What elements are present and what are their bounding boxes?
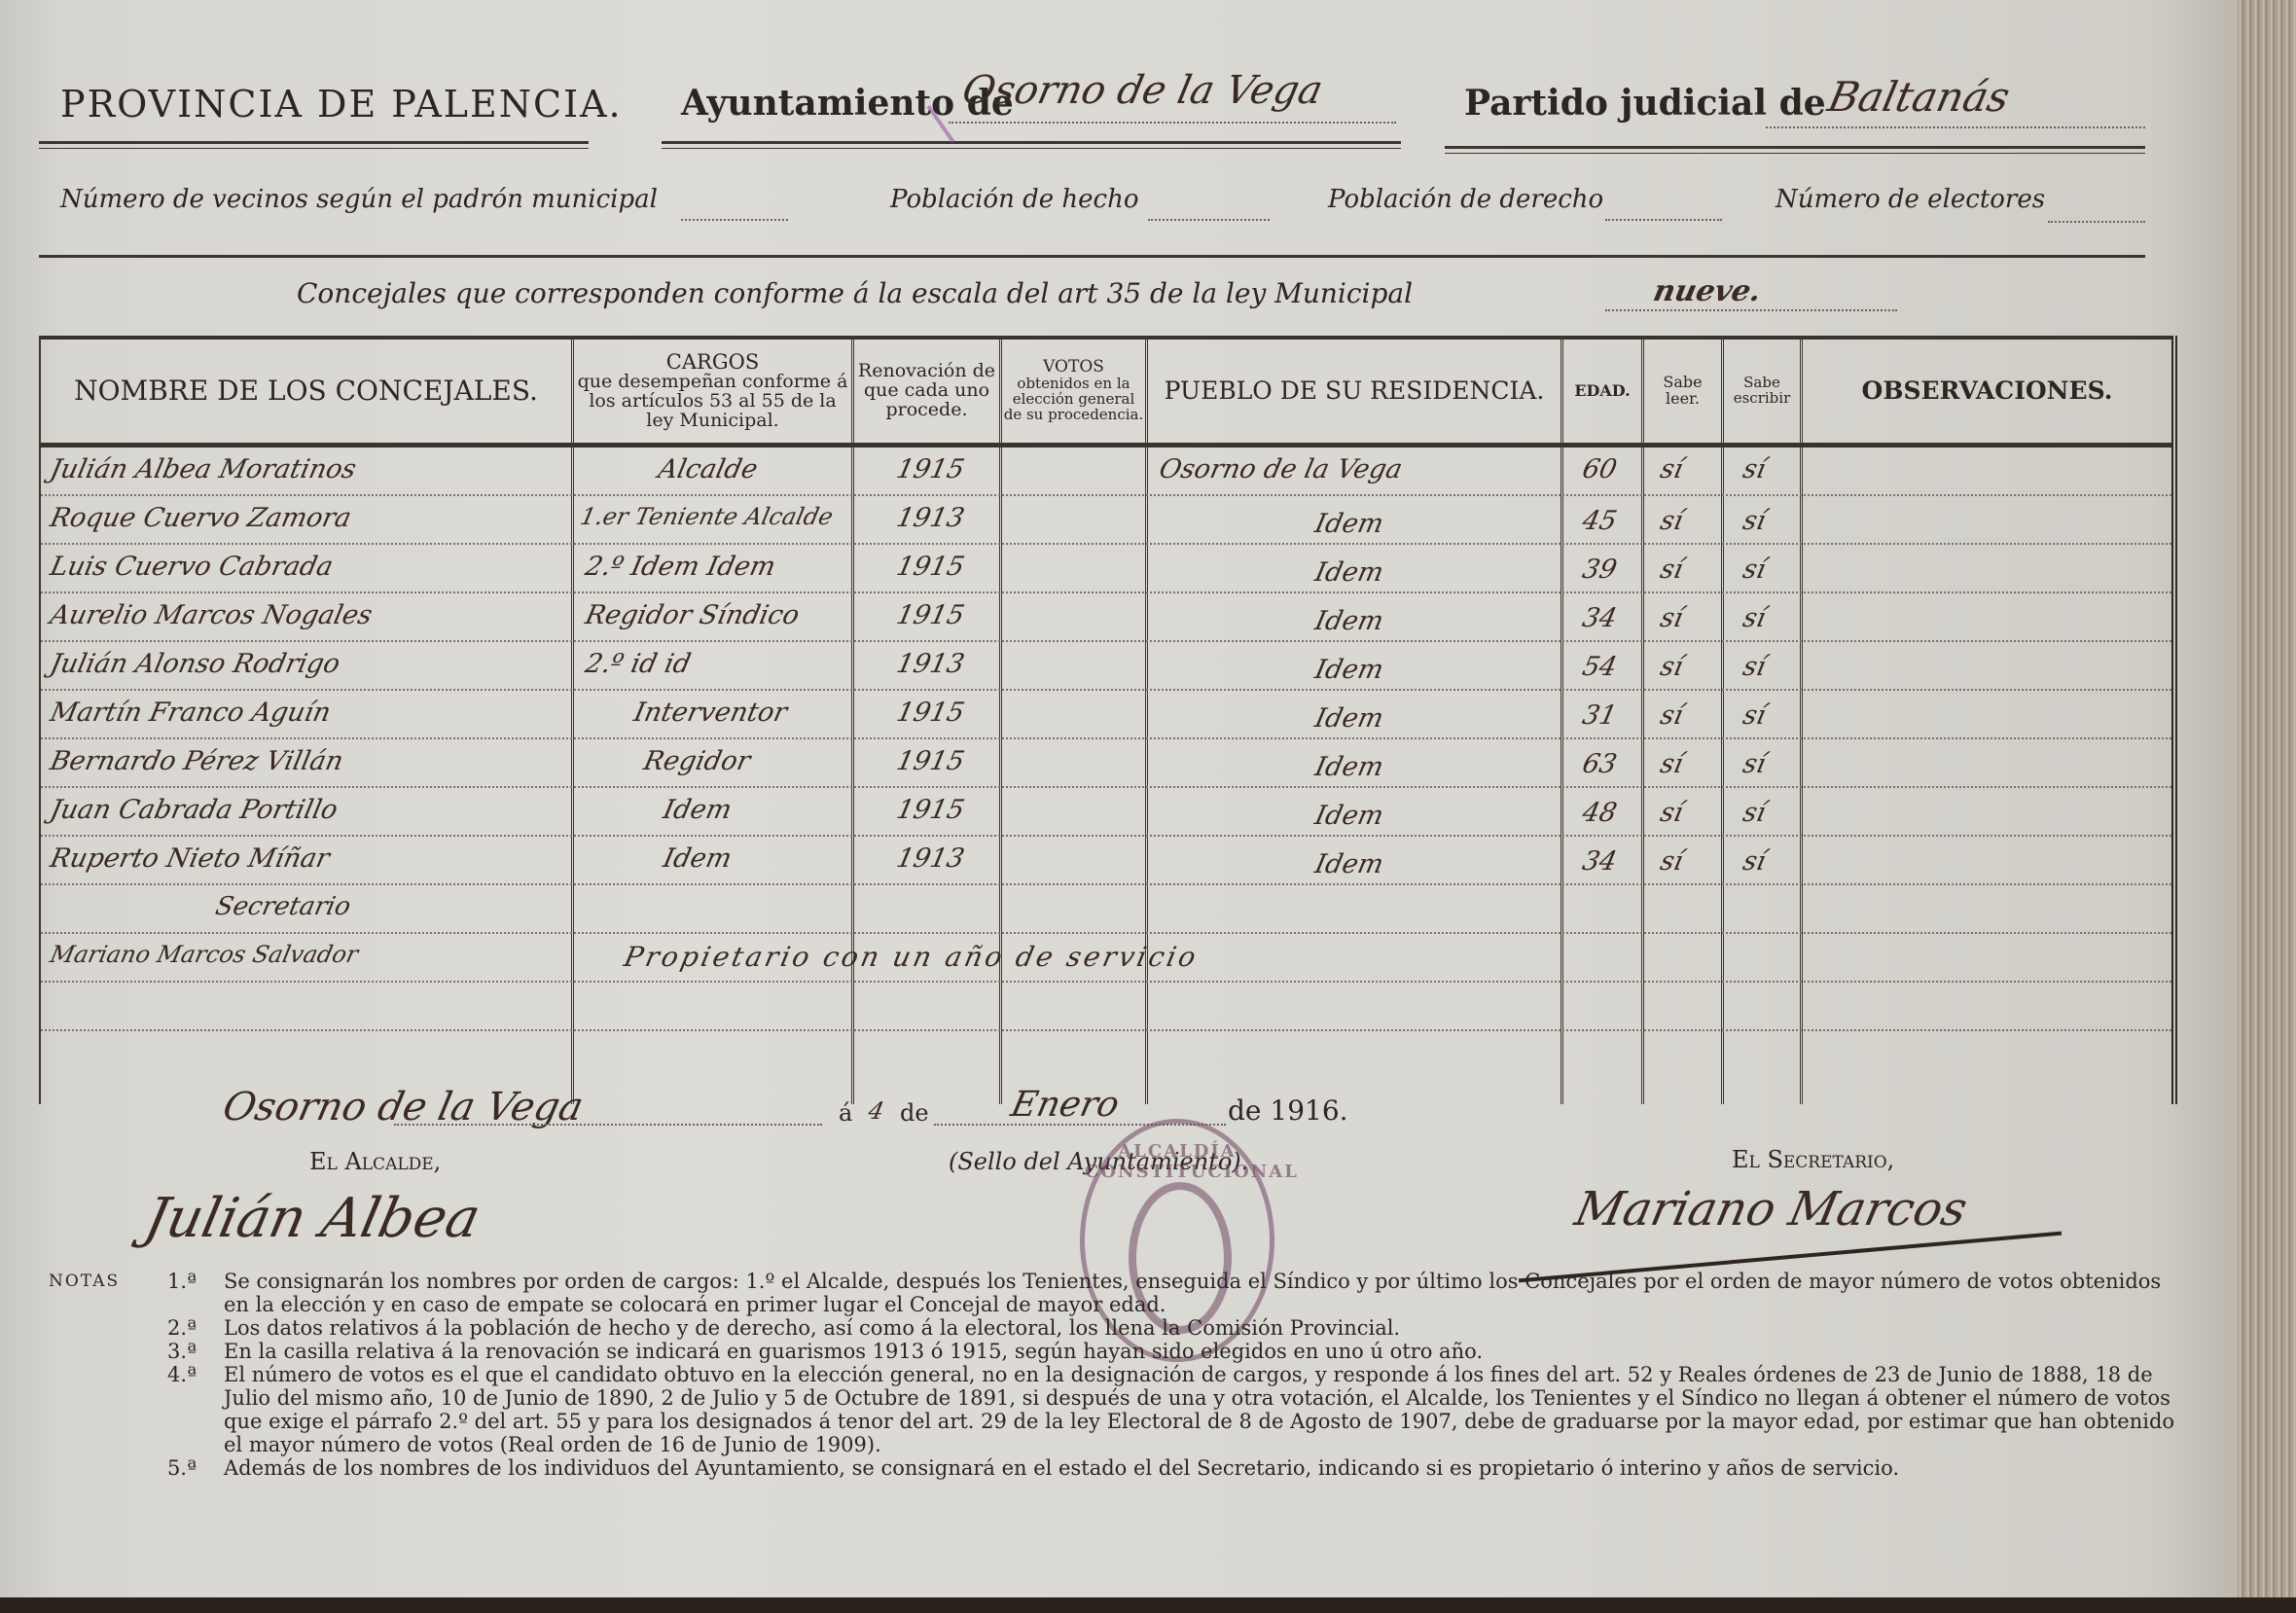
cell-edad: 39 bbox=[1580, 555, 1620, 585]
electores-field[interactable] bbox=[2048, 221, 2145, 223]
cell-cargo: Regidor bbox=[641, 746, 753, 776]
cell-edad: 31 bbox=[1580, 700, 1620, 731]
col-header-edad: EDAD. bbox=[1563, 340, 1641, 443]
cell-nombre: Julián Albea Moratinos bbox=[48, 454, 359, 484]
cell-cargo: Interventor bbox=[631, 698, 790, 728]
col-header-observaciones: OBSERVACIONES. bbox=[1803, 340, 2171, 443]
cell-renovacion: 1915 bbox=[894, 600, 967, 630]
col-header-renovacion: Renovación de que cada uno procede. bbox=[854, 340, 999, 443]
cell-edad: 34 bbox=[1580, 846, 1620, 877]
partido-value: Baltanás bbox=[1824, 73, 2014, 121]
cell-leer: sí bbox=[1658, 798, 1686, 828]
cell-cargo: Alcalde bbox=[656, 454, 761, 484]
cell-escribir: sí bbox=[1740, 652, 1769, 682]
concejales-table: NOMBRE DE LOS CONCEJALES. CARGOS que des… bbox=[39, 336, 2177, 1104]
derecho-label: Población de derecho bbox=[1328, 185, 1603, 214]
cell-edad: 48 bbox=[1580, 798, 1620, 828]
cell-leer: sí bbox=[1658, 700, 1686, 731]
cell-escribir: sí bbox=[1740, 798, 1769, 828]
cell-leer: sí bbox=[1658, 652, 1686, 682]
document-page: PROVINCIA DE PALENCIA. Ayuntamiento de O… bbox=[0, 0, 2238, 1613]
cell-pueblo: Idem bbox=[1312, 703, 1386, 734]
cell-cargo: 2.º Idem Idem bbox=[583, 552, 778, 582]
cell-cargo: Idem bbox=[661, 843, 735, 874]
cell-escribir: sí bbox=[1740, 749, 1769, 779]
col-header-votos: VOTOS obtenidos en la elección general d… bbox=[1002, 340, 1145, 443]
cell-edad: 34 bbox=[1580, 603, 1620, 633]
ayuntamiento-value: Osorno de la Vega bbox=[958, 68, 1327, 113]
cell-leer: sí bbox=[1658, 749, 1686, 779]
cell-pueblo: Idem bbox=[1312, 606, 1386, 636]
cell-renovacion: 1915 bbox=[894, 552, 967, 582]
hecho-label: Población de hecho bbox=[890, 185, 1138, 214]
hecho-field[interactable] bbox=[1148, 219, 1270, 221]
cell-renovacion: 1913 bbox=[894, 649, 967, 679]
alcalde-label: El Alcalde, bbox=[309, 1148, 441, 1175]
ayuntamiento-field-line bbox=[949, 122, 1396, 124]
divider bbox=[39, 141, 589, 149]
concejales-value: nueve. bbox=[1650, 274, 1764, 308]
cell-edad: 45 bbox=[1580, 506, 1620, 536]
book-page-edges bbox=[2238, 0, 2296, 1613]
cell-cargo: 1.er Teniente Alcalde bbox=[578, 503, 836, 530]
cell-leer: sí bbox=[1658, 603, 1686, 633]
cell-nombre: Mariano Marcos Salvador bbox=[48, 941, 361, 968]
note-item: NOTAS 1.ª Se consignarán los nombres por… bbox=[49, 1270, 2189, 1316]
notes-section: NOTAS 1.ª Se consignarán los nombres por… bbox=[49, 1270, 2189, 1480]
cell-renovacion: 1915 bbox=[894, 795, 967, 825]
cell-nombre: Juan Cabrada Portillo bbox=[48, 795, 341, 825]
cell-renovacion: 1913 bbox=[894, 503, 967, 533]
concejales-label: Concejales que corresponden conforme á l… bbox=[297, 277, 1413, 309]
cell-pueblo: Osorno de la Vega bbox=[1157, 454, 1406, 484]
note-item: 4.ª El número de votos es el que el cand… bbox=[49, 1363, 2189, 1456]
cell-cargo: 2.º id id bbox=[583, 649, 694, 679]
cell-pueblo: Idem bbox=[1312, 752, 1386, 782]
notes-label: NOTAS bbox=[49, 1270, 120, 1293]
vecinos-field[interactable] bbox=[681, 219, 788, 221]
cell-pueblo: Idem bbox=[1312, 557, 1386, 588]
partido-field-line bbox=[1766, 126, 2145, 128]
cell-edad: 54 bbox=[1580, 652, 1620, 682]
cell-renovacion: 1913 bbox=[894, 843, 967, 874]
electores-label: Número de electores bbox=[1776, 185, 2045, 214]
alcalde-signature: Julián Albea bbox=[139, 1187, 485, 1250]
cell-edad: 63 bbox=[1580, 749, 1620, 779]
cell-escribir: sí bbox=[1740, 555, 1769, 585]
cell-nombre: Roque Cuervo Zamora bbox=[48, 503, 354, 533]
concejales-field-line bbox=[1605, 309, 1897, 311]
note-item: 2.ª Los datos relativos á la población d… bbox=[49, 1316, 2189, 1340]
cell-escribir: sí bbox=[1740, 603, 1769, 633]
cell-nombre: Aurelio Marcos Nogales bbox=[48, 600, 376, 630]
divider bbox=[1445, 146, 2145, 154]
derecho-field[interactable] bbox=[1605, 219, 1722, 221]
province-title: PROVINCIA DE PALENCIA. bbox=[60, 83, 623, 125]
cell-nombre: Luis Cuervo Cabrada bbox=[48, 552, 336, 582]
vecinos-label: Número de vecinos según el padrón munici… bbox=[60, 185, 658, 214]
cell-leer: sí bbox=[1658, 454, 1686, 484]
col-header-leer: Sabe leer. bbox=[1644, 340, 1721, 443]
divider bbox=[39, 255, 2145, 258]
divider bbox=[662, 141, 1401, 149]
cell-escribir: sí bbox=[1740, 454, 1769, 484]
secretario-label: El Secretario, bbox=[1732, 1146, 1894, 1173]
secretario-heading: Secretario bbox=[213, 892, 353, 921]
cell-renovacion: 1915 bbox=[894, 698, 967, 728]
partido-label: Partido judicial de bbox=[1464, 83, 1826, 124]
cell-leer: sí bbox=[1658, 555, 1686, 585]
cell-edad: 60 bbox=[1580, 454, 1620, 484]
cell-pueblo: Idem bbox=[1312, 801, 1386, 831]
footer-de: de bbox=[900, 1099, 929, 1127]
cell-renovacion: 1915 bbox=[894, 454, 967, 484]
cell-cargo: Idem bbox=[661, 795, 735, 825]
cell-nombre: Bernardo Pérez Villán bbox=[48, 746, 346, 776]
footer-year: de 1916. bbox=[1228, 1094, 1348, 1127]
cell-leer: sí bbox=[1658, 846, 1686, 877]
cell-escribir: sí bbox=[1740, 506, 1769, 536]
footer-month: Enero bbox=[1008, 1085, 1123, 1125]
cell-leer: sí bbox=[1658, 506, 1686, 536]
cell-pueblo: Idem bbox=[1312, 509, 1386, 539]
cell-cargo: Regidor Síndico bbox=[583, 600, 803, 630]
cell-nombre: Ruperto Nieto Míñar bbox=[48, 843, 333, 874]
footer-a: á bbox=[839, 1099, 852, 1127]
col-header-escribir: Sabe escribir bbox=[1724, 340, 1800, 443]
cell-nombre: Martín Franco Aguín bbox=[48, 698, 334, 728]
cell-pueblo: Idem bbox=[1312, 849, 1386, 879]
col-header-pueblo: PUEBLO DE SU RESIDENCIA. bbox=[1148, 340, 1561, 443]
secretario-signature: Mariano Marcos bbox=[1570, 1182, 1972, 1237]
cell-cargo: Propietario con un año de servicio bbox=[621, 941, 1201, 973]
col-header-cargos: CARGOS que desempeñan conforme á los art… bbox=[574, 340, 851, 443]
cell-escribir: sí bbox=[1740, 700, 1769, 731]
note-item: 5.ª Además de los nombres de los individ… bbox=[49, 1456, 2189, 1480]
cell-renovacion: 1915 bbox=[894, 746, 967, 776]
book-cover-edge bbox=[0, 1597, 2296, 1613]
note-item: 3.ª En la casilla relativa á la renovaci… bbox=[49, 1340, 2189, 1363]
col-header-nombre: NOMBRE DE LOS CONCEJALES. bbox=[41, 340, 571, 443]
cell-nombre: Julián Alonso Rodrigo bbox=[48, 649, 343, 679]
cell-escribir: sí bbox=[1740, 846, 1769, 877]
cell-pueblo: Idem bbox=[1312, 655, 1386, 685]
